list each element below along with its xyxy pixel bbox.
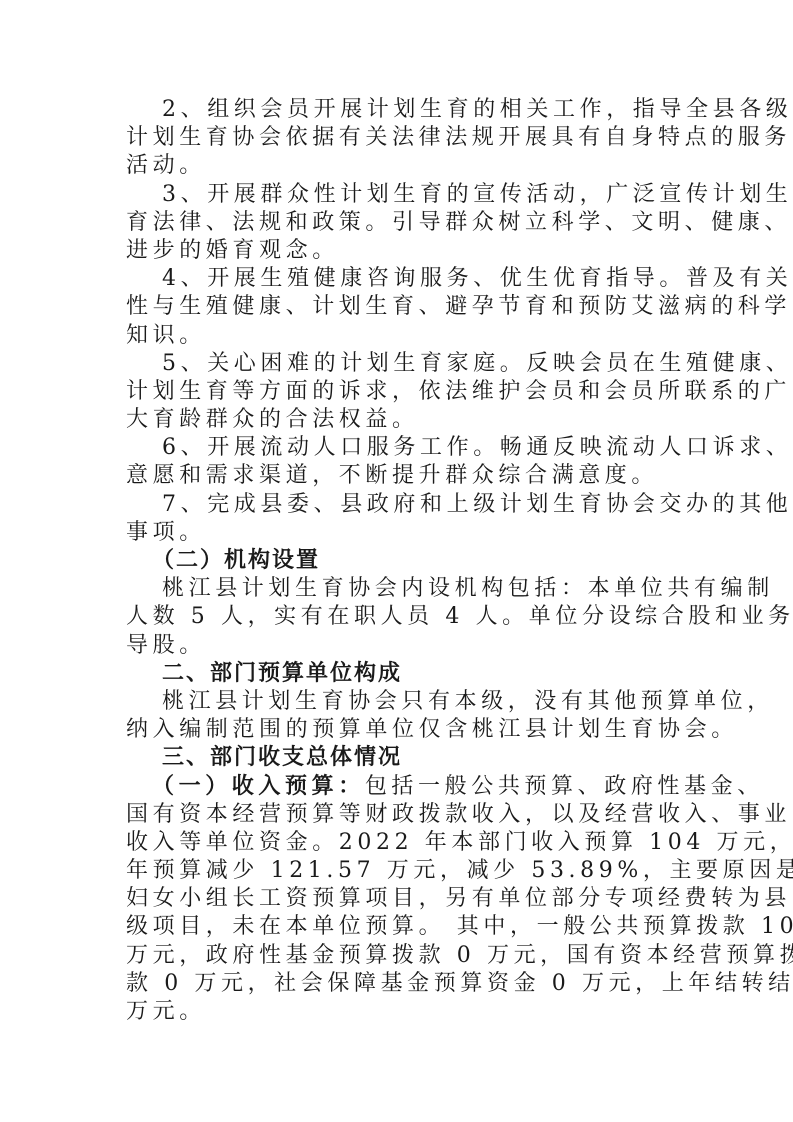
paragraph-line: 年预算减少 121.57 万元，减少 53.89%，主要原因是减掉了 — [126, 857, 674, 885]
paragraph-line: 大育龄群众的合法权益。 — [126, 406, 674, 434]
section-organization: （二）机构设置 桃江县计划生育协会内设机构包括：本单位共有编制 人数 5 人，实… — [126, 547, 674, 660]
paragraph-line: 桃江县计划生育协会内设机构包括：本单位共有编制 — [126, 575, 674, 603]
paragraph-line: 5、关心困难的计划生育家庭。反映会员在生殖健康、 — [126, 350, 674, 378]
paragraph-line: 4、开展生殖健康咨询服务、优生优育指导。普及有关 — [126, 265, 674, 293]
paragraph-line: 2、组织会员开展计划生育的相关工作，指导全县各级 — [126, 96, 674, 124]
paragraph-line: 纳入编制范围的预算单位仅含桃江县计划生育协会。 — [126, 716, 674, 744]
paragraph-line: 活动。 — [126, 152, 674, 180]
paragraph-line: 万元。 — [126, 998, 674, 1026]
paragraph-line: 妇女小组长工资预算项目，另有单位部分专项经费转为县 — [126, 885, 674, 913]
section-heading: （二）机构设置 — [126, 547, 674, 575]
section-heading: 二、部门预算单位构成 — [126, 660, 674, 688]
paragraph-line: 国有资本经营预算等财政拨款收入，以及经营收入、事业 — [126, 801, 674, 829]
income-budget-label: （一）收入预算： — [152, 774, 365, 799]
duty-item-7: 7、完成县委、县政府和上级计划生育协会交办的其他 事项。 — [126, 491, 674, 547]
paragraph-line: 性与生殖健康、计划生育、避孕节育和预防艾滋病的科学 — [126, 293, 674, 321]
paragraph-line: 人数 5 人，实有在职人员 4 人。单位分设综合股和业务指 — [126, 603, 674, 631]
section-heading: 三、部门收支总体情况 — [126, 744, 674, 772]
paragraph-line: 事项。 — [126, 519, 674, 547]
paragraph-line: 计划生育协会依据有关法律法规开展具有自身特点的服务 — [126, 124, 674, 152]
duty-item-3: 3、开展群众性计划生育的宣传活动，广泛宣传计划生 育法律、法规和政策。引导群众树… — [126, 181, 674, 266]
paragraph-line: 知识。 — [126, 322, 674, 350]
paragraph-line: 3、开展群众性计划生育的宣传活动，广泛宣传计划生 — [126, 181, 674, 209]
paragraph-line: 款 0 万元，社会保障基金预算资金 0 万元，上年结转结余 0 — [126, 970, 674, 998]
paragraph-line: 意愿和需求渠道，不断提升群众综合满意度。 — [126, 462, 674, 490]
document-page: 2、组织会员开展计划生育的相关工作，指导全县各级 计划生育协会依据有关法律法规开… — [0, 0, 793, 1122]
paragraph-line: 级项目，未在本单位预算。 其中，一般公共预算拨款 104 — [126, 913, 674, 941]
paragraph-line: 6、开展流动人口服务工作。畅通反映流动人口诉求、 — [126, 434, 674, 462]
paragraph-line: 导股。 — [126, 632, 674, 660]
document-body: 2、组织会员开展计划生育的相关工作，指导全县各级 计划生育协会依据有关法律法规开… — [126, 96, 674, 1026]
paragraph-line: 万元，政府性基金预算拨款 0 万元，国有资本经营预算拨 — [126, 942, 674, 970]
paragraph-line: 进步的婚育观念。 — [126, 237, 674, 265]
income-budget-first-line: （一）收入预算：包括一般公共预算、政府性基金、 — [126, 773, 674, 801]
paragraph-line: 育法律、法规和政策。引导群众树立科学、文明、健康、 — [126, 209, 674, 237]
duty-item-2: 2、组织会员开展计划生育的相关工作，指导全县各级 计划生育协会依据有关法律法规开… — [126, 96, 674, 181]
paragraph-line: 收入等单位资金。2022 年本部门收入预算 104 万元，比去 — [126, 829, 674, 857]
income-budget-text: 包括一般公共预算、政府性基金、 — [365, 774, 764, 799]
section-budget-units: 二、部门预算单位构成 桃江县计划生育协会只有本级，没有其他预算单位， 纳入编制范… — [126, 660, 674, 745]
section-overall-budget: 三、部门收支总体情况 （一）收入预算：包括一般公共预算、政府性基金、 国有资本经… — [126, 744, 674, 1026]
paragraph-line: 计划生育等方面的诉求，依法维护会员和会员所联系的广 — [126, 378, 674, 406]
duty-item-5: 5、关心困难的计划生育家庭。反映会员在生殖健康、 计划生育等方面的诉求，依法维护… — [126, 350, 674, 435]
paragraph-line: 桃江县计划生育协会只有本级，没有其他预算单位， — [126, 688, 674, 716]
duty-item-6: 6、开展流动人口服务工作。畅通反映流动人口诉求、 意愿和需求渠道，不断提升群众综… — [126, 434, 674, 490]
paragraph-line: 7、完成县委、县政府和上级计划生育协会交办的其他 — [126, 491, 674, 519]
duty-item-4: 4、开展生殖健康咨询服务、优生优育指导。普及有关 性与生殖健康、计划生育、避孕节… — [126, 265, 674, 350]
